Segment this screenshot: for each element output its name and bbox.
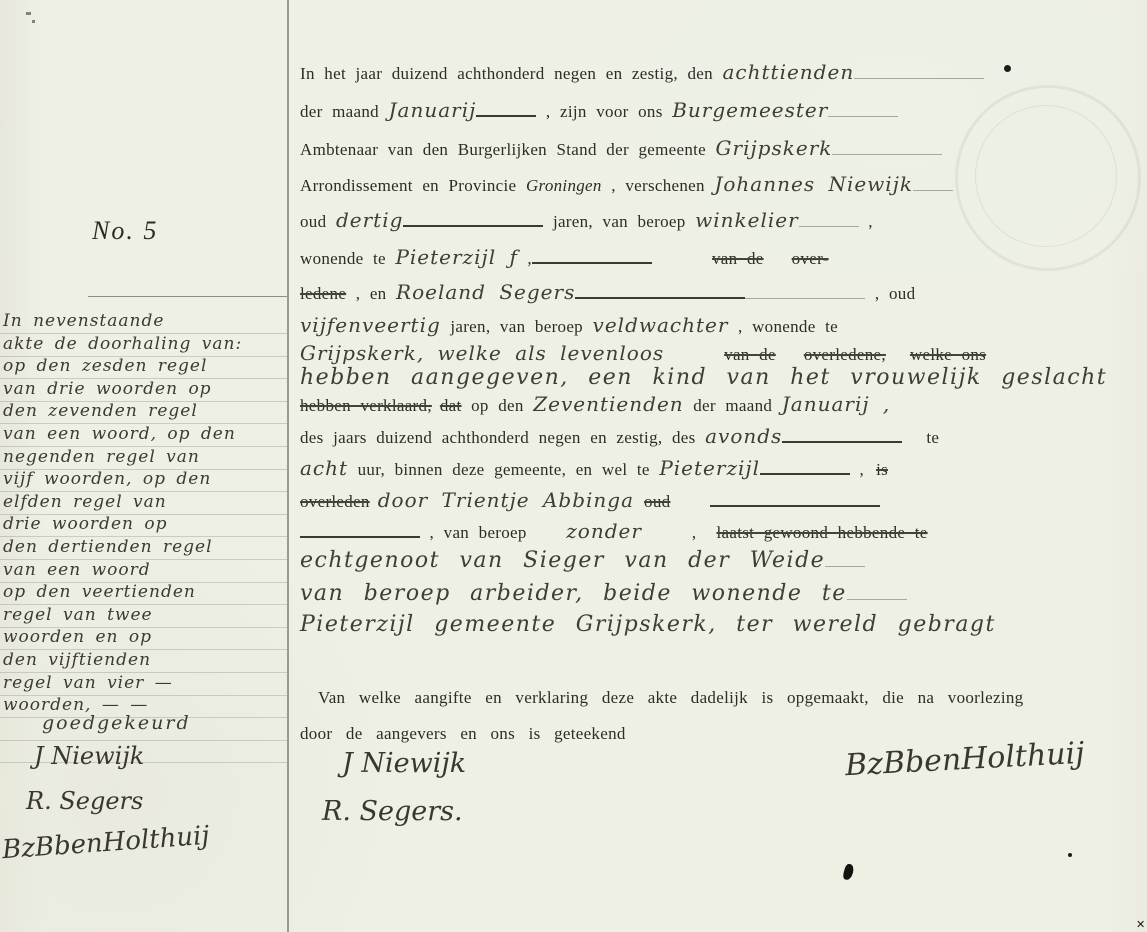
printed-text: In het jaar duizend achthonderd negen en… [300, 64, 722, 83]
signature-segers-margin: R. Segers [26, 787, 143, 815]
scan-dot-bottom-right [1068, 853, 1072, 857]
ink-dash [575, 285, 745, 299]
struck-printed-text: hebben verklaard, [300, 396, 432, 415]
ink-dash [782, 429, 902, 443]
margin-note-line: In nevenstaande [3, 311, 164, 331]
spacer [696, 528, 716, 538]
spacer [776, 350, 804, 360]
ink-dash [476, 103, 536, 117]
closing-line-1: Van welke aangifte en verklaring deze ak… [300, 688, 1145, 708]
handwritten-text: acht [300, 456, 348, 480]
struck-printed-text: dat [440, 396, 462, 415]
handwritten-text: Januarij [782, 392, 870, 416]
handwritten-text: achttienden [722, 60, 854, 84]
handwritten-text: vijfenveertig [300, 313, 441, 337]
margin-note-line: woorden en op [3, 627, 152, 647]
printed-text: te [926, 428, 939, 447]
blank-rule [847, 585, 907, 600]
act-body-line: Pieterzijl gemeente Grijpskerk, ter were… [300, 612, 996, 648]
spacer [664, 350, 724, 360]
handwritten-text: winkelier [695, 208, 799, 232]
spacer [536, 528, 566, 538]
printed-text: , [518, 249, 532, 268]
spacer [652, 254, 712, 264]
handwritten-text: Pieterzijl [395, 245, 496, 269]
spacer [902, 433, 926, 443]
handwritten-text: Grijpskerk [716, 136, 833, 160]
printed-text: , zijn voor ons [536, 102, 672, 121]
ink-dash [760, 461, 850, 475]
handwritten-text: Grijpskerk, welke als levenloos [300, 341, 664, 365]
printed-text: , oud [865, 284, 915, 303]
embossed-seal-inner [975, 105, 1117, 247]
handwritten-text: dertig [336, 208, 403, 232]
spacer [886, 350, 910, 360]
act-body-line: In het jaar duizend achthonderd negen en… [300, 60, 984, 96]
printed-text: , [859, 212, 873, 231]
printed-text: Arrondissement en Provincie [300, 176, 526, 195]
printed-text: , [850, 460, 864, 479]
struck-printed-text: van de [724, 345, 776, 364]
blank-rule [828, 102, 898, 117]
margin-note-line: van een woord, op den [3, 424, 236, 444]
ink-dash [532, 250, 652, 264]
margin-note-line: regel van twee [3, 605, 153, 625]
margin-note-line: den dertienden regel [3, 537, 213, 557]
margin-note-line: negenden regel van [3, 447, 200, 467]
spacer [642, 528, 692, 538]
handwritten-text: avonds [705, 424, 782, 448]
struck-printed-text: is [876, 460, 888, 479]
printed-text: op den [462, 396, 534, 415]
struck-printed-text: ledene [300, 284, 346, 303]
spacer [370, 497, 378, 507]
printed-text: wonende te [300, 249, 395, 268]
margin-note-line: van een woord [3, 560, 151, 580]
scan-speck-2 [32, 20, 35, 23]
margin-divider-rule [287, 0, 289, 932]
margin-note-line: den vijftienden [3, 650, 151, 670]
ink-blot-bottom [842, 863, 855, 881]
printed-text: , van beroep [420, 523, 536, 542]
blank-rule [799, 212, 859, 227]
scanned-birth-death-act: No. 5 In nevenstaandeakte de doorhaling … [0, 0, 1147, 932]
signature-segers-body: R. Segers. [322, 796, 463, 827]
blank-rule [832, 140, 942, 155]
act-body-line: wonende te Pieterzijl ƒ ,van deover- [300, 245, 829, 281]
scan-speck-1 [26, 12, 31, 15]
handwritten-text: van beroep arbeider, beide wonende te [300, 581, 847, 606]
handwritten-text: echtgenoot van Sieger van der Weide [300, 548, 825, 573]
act-body-line: oud dertig jaren, van beroep winkelier , [300, 208, 873, 244]
act-body-line: acht uur, binnen deze gemeente, en wel t… [300, 456, 888, 492]
printed-text: jaren, van beroep [543, 212, 695, 231]
handwritten-text: Januarij [389, 98, 477, 122]
handwritten-text: Pieterzijl gemeente Grijpskerk, ter were… [300, 612, 996, 637]
margin-note-line: van drie woorden op [3, 379, 212, 399]
act-body-line: des jaars duizend achthonderd negen en z… [300, 424, 939, 460]
spacer [764, 254, 792, 264]
corner-mark: ✕ [1136, 918, 1145, 931]
printed-text: der maand [684, 396, 782, 415]
act-body-line: Ambtenaar van den Burgerlijken Stand der… [300, 136, 942, 172]
printed-text: , verschenen [602, 176, 715, 195]
struck-printed-text: welke ons [910, 345, 986, 364]
margin-note-line: regel van vier — [3, 673, 173, 693]
margin-ruled-line [0, 740, 287, 741]
handwritten-text: Roeland Segers [396, 280, 575, 304]
printed-text: , wonende te [728, 317, 838, 336]
printed-text: jaren, van beroep [441, 317, 593, 336]
struck-printed-text: overleden [300, 492, 370, 511]
spacer [432, 401, 440, 411]
act-body-line: Arrondissement en Provincie Groningen , … [300, 172, 953, 208]
handwritten-text: Pieterzijl [659, 456, 760, 480]
margin-note-line: op den zesden regel [3, 356, 207, 376]
handwritten-text: , [870, 392, 891, 416]
blank-rule [913, 176, 953, 191]
act-number-underline [88, 296, 287, 297]
spacer [670, 497, 710, 507]
act-body-line: der maand Januarij , zijn voor ons Burge… [300, 98, 898, 134]
struck-printed-text: overledene, [804, 345, 886, 364]
printed-text: der maand [300, 102, 389, 121]
ink-dot-top [1004, 65, 1011, 72]
printed-text: Ambtenaar van den Burgerlijken Stand der… [300, 140, 716, 159]
act-number: No. 5 [92, 216, 158, 246]
signature-niewijk-margin: J Niewijk [34, 742, 144, 770]
margin-note-line: drie woorden op [3, 514, 167, 534]
blank-rule [745, 284, 865, 299]
struck-printed-text: over- [792, 249, 829, 268]
signature-niewijk-body: J Niewijk [342, 748, 466, 779]
ink-dash [300, 524, 420, 538]
handwritten-text: zonder [566, 519, 642, 543]
printed-text: , en [346, 284, 396, 303]
handwritten-text: door Trientje Abbinga [378, 488, 634, 512]
approval-note: goedgekeurd [42, 712, 191, 734]
printed-text: des jaars duizend achthonderd negen en z… [300, 428, 705, 447]
printed-italic-text: Groningen [526, 176, 602, 195]
margin-note-line: den zevenden regel [3, 401, 198, 421]
handwritten-text: hebben aangegeven, een kind van het vrou… [300, 365, 1107, 390]
handwritten-text: Burgemeester [672, 98, 828, 122]
blank-rule [825, 552, 865, 567]
margin-note-line: elfden regel van [3, 492, 167, 512]
act-body-line: ledene , en Roeland Segers , oud [300, 280, 915, 316]
margin-note-line: op den veertienden [3, 582, 196, 602]
spacer [634, 497, 644, 507]
blank-rule [854, 64, 984, 79]
signature-burgemeester-margin: BzBbenHolthuij [1, 821, 210, 865]
spacer [864, 465, 876, 475]
struck-printed-text: oud [644, 492, 670, 511]
ink-dash [710, 493, 880, 507]
margin-note-line: vijf woorden, op den [3, 469, 211, 489]
handwritten-text: Zeventienden [533, 392, 683, 416]
printed-text: uur, binnen deze gemeente, en wel te [348, 460, 659, 479]
act-body-line: echtgenoot van Sieger van der Weide [300, 548, 865, 584]
ink-dash [403, 213, 543, 227]
handwritten-text: veldwachter [593, 313, 729, 337]
struck-printed-text: laatst gewoond hebbende te [716, 523, 927, 542]
margin-note-line: akte de doorhaling van: [3, 334, 242, 354]
struck-printed-text: van de [712, 249, 764, 268]
handwritten-text: Johannes Niewijk [714, 172, 913, 196]
handwritten-text: ƒ [496, 245, 518, 269]
printed-text: oud [300, 212, 336, 231]
act-body-line: hebben verklaard,dat op den Zeventienden… [300, 392, 890, 428]
